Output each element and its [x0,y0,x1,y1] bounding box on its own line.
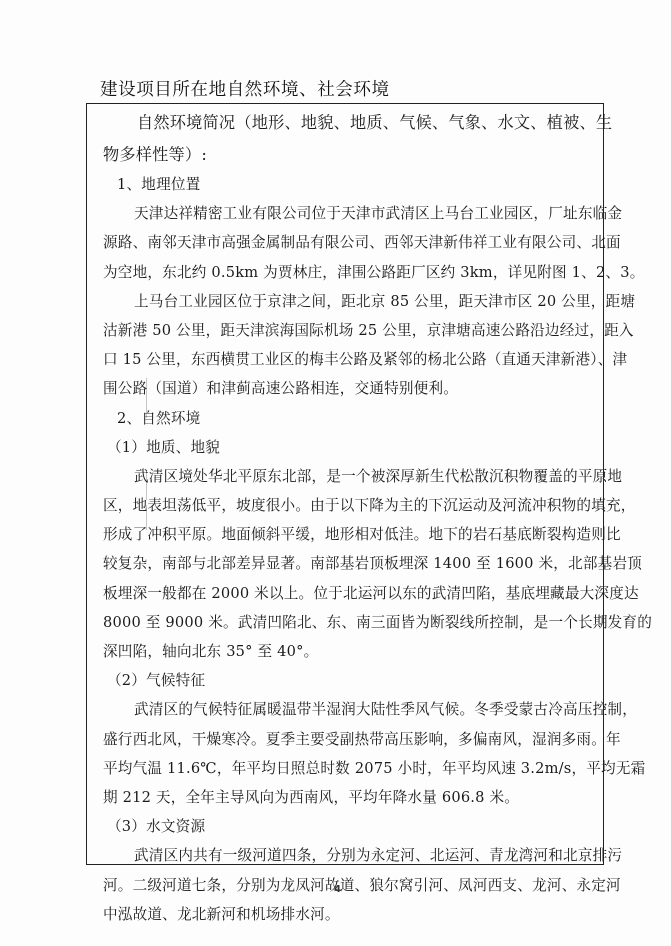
paragraph-line: 较复杂，南部与北部差异显著。南部基岩顶板埋深 1400 至 1600 米，北部基… [103,549,593,578]
paragraph-line: 区，地表坦荡低平，坡度很小。由于以下降为主的下沉运动及河流冲积物的填充， [103,491,593,520]
intro-line: 自然环境简况（地形、地貌、地质、气候、气象、水文、植被、生 [103,107,593,139]
heading-hydrology: （3）水文资源 [103,812,593,841]
paragraph-line: 中泓故道、龙北新河和机场排水河。 [103,900,593,929]
paragraph-line: 上马台工业园区位于京津之间，距北京 85 公里，距天津市区 20 公里，距塘 [103,287,593,316]
paragraph-line: 深凹陷，轴向北东 35° 至 40°。 [103,637,593,666]
paragraph-line: 河。二级河道七条，分别为龙凤河故道、狼尔窝引河、凤河西支、龙河、永定河 [103,871,593,900]
paragraph-line: 盛行西北风，干燥寒冷。夏季主要受副热带高压影响，多偏南风，湿润多雨。年 [103,725,593,754]
intro-block: 自然环境简况（地形、地貌、地质、气候、气象、水文、植被、生 物多样性等）: [103,107,593,170]
paragraph-line: 武清区境处华北平原东北部，是一个被深厚新生代松散沉积物覆盖的平原地 [103,462,593,491]
natural-env-section: 2、自然环境 （1）地质、地貌 武清区境处华北平原东北部，是一个被深厚新生代松散… [103,404,593,929]
intro-line: 物多样性等）: [103,139,593,171]
paragraph-line: 源路、南邻天津市高强金属制品有限公司、西邻天津新伟祥工业有限公司、北面 [103,228,593,257]
heading-geology: （1）地质、地貌 [103,433,593,462]
paragraph-line: 沽新港 50 公里，距天津滨海国际机场 25 公里，京津塘高速公路沿边经过，距入 [103,316,593,345]
page-number: 4 [334,884,341,895]
heading-climate: （2）气候特征 [103,666,593,695]
paragraph-line: 武清区的气候特征属暖温带半湿润大陆性季风气候。冬季受蒙古冷高压控制， [103,695,593,724]
paragraph-line: 武清区内共有一级河道四条，分别为永定河、北运河、青龙湾河和北京排污 [103,841,593,870]
heading-geo-location: 1、地理位置 [103,170,593,199]
paragraph-line: 平均气温 11.6℃，年平均日照总时数 2075 小时，年平均风速 3.2m/s… [103,754,593,783]
paragraph-line: 为空地，东北约 0.5km 为贾林庄，津围公路距厂区约 3km，详见附图 1、2… [103,258,593,287]
paragraph-line: 口 15 公里，东西横贯工业区的梅丰公路及紧邻的杨北公路（直通天津新港）、津 [103,345,593,374]
document-body: 自然环境简况（地形、地貌、地质、气候、气象、水文、植被、生 物多样性等）: 1、… [103,107,593,929]
geo-location-section: 1、地理位置 天津达祥精密工业有限公司位于天津市武清区上马台工业园区，厂址东临金… [103,170,593,404]
heading-natural-env: 2、自然环境 [103,404,593,433]
paragraph-line: 围公路（国道）和津蓟高速公路相连，交通特别便利。 [103,374,593,403]
paragraph-line: 期 212 天，全年主导风向为西南风，平均年降水量 606.8 米。 [103,783,593,812]
paragraph-line: 天津达祥精密工业有限公司位于天津市武清区上马台工业园区，厂址东临金 [103,199,593,228]
paragraph-line: 形成了冲积平原。地面倾斜平缓，地形相对低洼。地下的岩石基底断裂构造则比 [103,520,593,549]
section-title: 建设项目所在地自然环境、社会环境 [100,76,390,101]
paragraph-line: 板埋深一般都在 2000 米以上。位于北运河以东的武清凹陷，基底埋藏最大深度达 [103,579,593,608]
paragraph-line: 8000 至 9000 米。武清凹陷北、东、南三面皆为断裂线所控制，是一个长期发… [103,608,593,637]
